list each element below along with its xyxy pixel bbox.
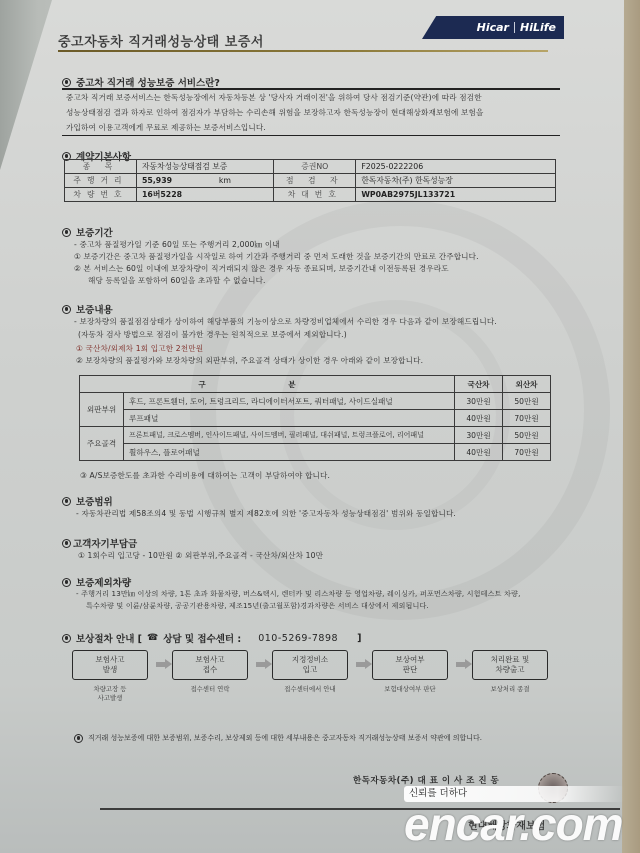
bullet-icon	[74, 734, 83, 743]
footer-note: 직거래 성능보증에 대한 보증범위, 보증수리, 보상제외 등에 대한 세부내용…	[74, 733, 482, 743]
amount-foreign: 70만원	[503, 410, 551, 427]
arrow-right-icon	[256, 659, 272, 669]
arrow-right-icon	[456, 659, 472, 669]
footer-note-text: 직거래 성능보증에 대한 보증범위, 보증수리, 보상제외 등에 대한 세부내용…	[88, 733, 482, 743]
exclusion-line: - 주행거리 13만㎞ 이상의 차량, 1톤 초과 화물차량, 버스&택시, 렌…	[76, 589, 520, 599]
mileage-unit: km	[214, 174, 274, 188]
coverage-line: (자동차 검사 방법으로 점검이 불가한 경우는 원칙적으로 보증에서 제외합니…	[78, 329, 347, 340]
item: 휠하우스, 플로어패널	[124, 444, 455, 461]
item: 프론트패널, 크로스멤버, 인사이드패널, 사이드멤버, 필러패널, 대쉬패널,…	[124, 427, 455, 444]
label-vin: 차대번호	[274, 188, 356, 202]
value-mileage: 55,939	[137, 174, 214, 188]
intro-heading-text: 중고차 직거래 성능보증 서비스란?	[76, 75, 220, 89]
label-type: 종 목	[65, 160, 137, 174]
step-complete: 처리완료 및 차량출고	[472, 650, 548, 680]
value-inspector: 한독자동차(주) 한독성능장	[356, 174, 556, 188]
amount-foreign: 50만원	[503, 427, 551, 444]
label-plate: 차량번호	[65, 188, 137, 202]
intro-line: 중고차 직거래 보증서비스는 한독성능장에서 자동차등본 상 '당사자 거래이전…	[66, 92, 482, 103]
amount-foreign: 70만원	[503, 444, 551, 461]
process-heading: 보상절차 안내 [ ☎ 상담 및 접수센터 : 010-5269-7898 ]	[62, 631, 361, 645]
header-category: 구 분	[80, 376, 455, 393]
group-exterior: 외판부위	[80, 393, 124, 427]
group-frame: 주요골격	[80, 427, 124, 461]
step-repair-shop: 지정정비소 입고	[272, 650, 348, 680]
item: 후드, 프론트휀더, 도어, 트렁크리드, 라디에이터서포트, 쿼터패널, 사이…	[124, 393, 455, 410]
intro-line: 가입하여 이용고객에게 무료로 제공하는 보증서비스입니다.	[66, 122, 266, 133]
value-vin: WP0AB2975JL133721	[356, 188, 556, 202]
coverage-heading-text: 보증내용	[76, 302, 113, 316]
amount-domestic: 40만원	[455, 444, 503, 461]
document-title: 중고자동차 직거래성능상태 보증서	[58, 31, 264, 50]
header-foreign: 외산차	[503, 376, 551, 393]
step-caption: 접수센터에서 안내	[272, 685, 348, 694]
step-accident: 보험사고 발생	[72, 650, 148, 680]
bullet-icon	[62, 578, 71, 587]
scope-line: - 자동차관리법 제58조의4 및 동법 시행규칙 별지 제82호에 의한 '중…	[76, 508, 456, 519]
bullet-icon	[62, 78, 71, 87]
step-review: 보상여부 판단	[372, 650, 448, 680]
value-policy-no: F2025-0222206	[356, 160, 556, 174]
table-row: 루프패널 40만원 70만원	[80, 410, 551, 427]
coverage-heading: 보증내용	[62, 302, 113, 316]
contract-table: 종 목 자동차성능상태점검 보증 증권NO F2025-0222206 주행거리…	[64, 159, 556, 202]
step-claim: 보험사고 접수	[172, 650, 248, 680]
step-caption: 보험대상여부 판단	[372, 685, 448, 694]
label-policy-no: 증권NO	[274, 160, 356, 174]
deductible-heading-text: 고객자기부담금	[73, 536, 137, 550]
amount-domestic: 30만원	[455, 427, 503, 444]
phone-icon: ☎	[147, 633, 158, 643]
signature: 한독자동차(주) 대 표 이 사 조 진 동	[353, 774, 499, 786]
table-row: 휠하우스, 플로어패널 40만원 70만원	[80, 444, 551, 461]
period-heading-text: 보증기간	[76, 225, 113, 239]
claim-process-flow: 보험사고 발생 차량고장 등 사고발생 보험사고 접수 접수센터 연락 지정정비…	[72, 650, 552, 710]
period-line: ② 본 서비스는 60일 이내에 보장차량이 직거래되지 않은 경우 자동 종료…	[74, 263, 449, 274]
bullet-icon	[62, 634, 71, 643]
encar-logo: encar.com	[404, 797, 623, 851]
table-row: 차량번호 16버5228 차대번호 WP0AB2975JL133721	[65, 188, 556, 202]
phone-number: 010-5269-7898	[258, 633, 338, 644]
period-line: - 중고차 품질평가일 기준 60일 또는 주행거리 2,000㎞ 이내	[74, 239, 280, 250]
amount-foreign: 50만원	[503, 393, 551, 410]
table-row: 주행거리 55,939 km 점 검 자 한독자동차(주) 한독성능장	[65, 174, 556, 188]
title-underline	[58, 50, 548, 52]
bracket-close: ]	[357, 633, 361, 644]
period-heading: 보증기간	[62, 225, 113, 239]
brand-logo: Hicar HiLife	[422, 16, 564, 39]
exclusion-heading-text: 보증제외차량	[76, 575, 131, 589]
period-line: ① 보증기간은 중고차 품질평가일을 시작일로 하여 기간과 주행거리 중 먼저…	[74, 251, 479, 262]
scope-heading: 보증범위	[62, 494, 113, 508]
brand-hilife: HiLife	[520, 21, 556, 34]
scope-heading-text: 보증범위	[76, 494, 113, 508]
phone-label: 상담 및 접수센터 :	[163, 631, 241, 645]
header-domestic: 국산차	[455, 376, 503, 393]
amount-domestic: 30만원	[455, 393, 503, 410]
table-header-row: 구 분 국산차 외산차	[80, 376, 551, 393]
coverage-note: ③ A/S보증한도를 초과한 수리비용에 대하여는 고객이 부담하여야 합니다.	[80, 470, 330, 481]
period-line: 해당 등록일을 포함하여 60일을 초과할 수 없습니다.	[88, 275, 266, 286]
deductible-line: ① 1회수리 입고당 - 10만원 ② 외판부위,주요골격 - 국산차/외산차 …	[78, 550, 323, 561]
bullet-icon	[62, 539, 71, 548]
deductible-heading: 고객자기부담금	[62, 536, 137, 550]
step-caption: 접수센터 연락	[172, 685, 248, 694]
item: 루프패널	[124, 410, 455, 427]
coverage-line: ① 국산차/외제차 1회 입고한 2천만원	[76, 343, 203, 354]
coverage-table: 구 분 국산차 외산차 외판부위 후드, 프론트휀더, 도어, 트렁크리드, 라…	[79, 375, 551, 461]
coverage-line: ② 보장차량의 품질평가와 보장차량의 외판부위, 주요골격 상태가 상이한 경…	[76, 355, 423, 366]
table-row: 종 목 자동차성능상태점검 보증 증권NO F2025-0222206	[65, 160, 556, 174]
warranty-certificate: 중고자동차 직거래성능상태 보증서 Hicar HiLife 중고차 직거래 성…	[0, 0, 640, 853]
value-type: 자동차성능상태점검 보증	[137, 160, 274, 174]
intro-line: 성능상태점검 결과 하자로 인하여 점검자가 부담하는 수리손해 위험을 보장하…	[66, 107, 483, 118]
process-heading-text: 보상절차 안내 [	[76, 631, 142, 645]
bullet-icon	[62, 228, 71, 237]
step-caption: 보상처리 종결	[472, 685, 548, 694]
amount-domestic: 40만원	[455, 410, 503, 427]
exclusion-heading: 보증제외차량	[62, 575, 131, 589]
arrow-right-icon	[156, 659, 172, 669]
brand-divider	[514, 22, 515, 33]
table-row: 외판부위 후드, 프론트휀더, 도어, 트렁크리드, 라디에이터서포트, 쿼터패…	[80, 393, 551, 410]
exclusion-line: 특수차량 및 이륜/삼륜차량, 공공기관용차량, 제조15년(출고월포함)경과차…	[86, 601, 429, 611]
bullet-icon	[62, 497, 71, 506]
label-inspector: 점 검 자	[274, 174, 356, 188]
step-caption: 차량고장 등 사고발생	[72, 685, 148, 703]
brand-hicar: Hicar	[477, 21, 509, 34]
label-mileage: 주행거리	[65, 174, 137, 188]
bullet-icon	[62, 305, 71, 314]
intro-heading: 중고차 직거래 성능보증 서비스란?	[62, 75, 220, 89]
value-plate: 16버5228	[137, 188, 274, 202]
arrow-right-icon	[356, 659, 372, 669]
coverage-line: - 보장차량의 품질점검상태가 상이하여 해당부품의 기능이상으로 차량정비업체…	[74, 316, 497, 327]
table-row: 주요골격 프론트패널, 크로스멤버, 인사이드패널, 사이드멤버, 필러패널, …	[80, 427, 551, 444]
